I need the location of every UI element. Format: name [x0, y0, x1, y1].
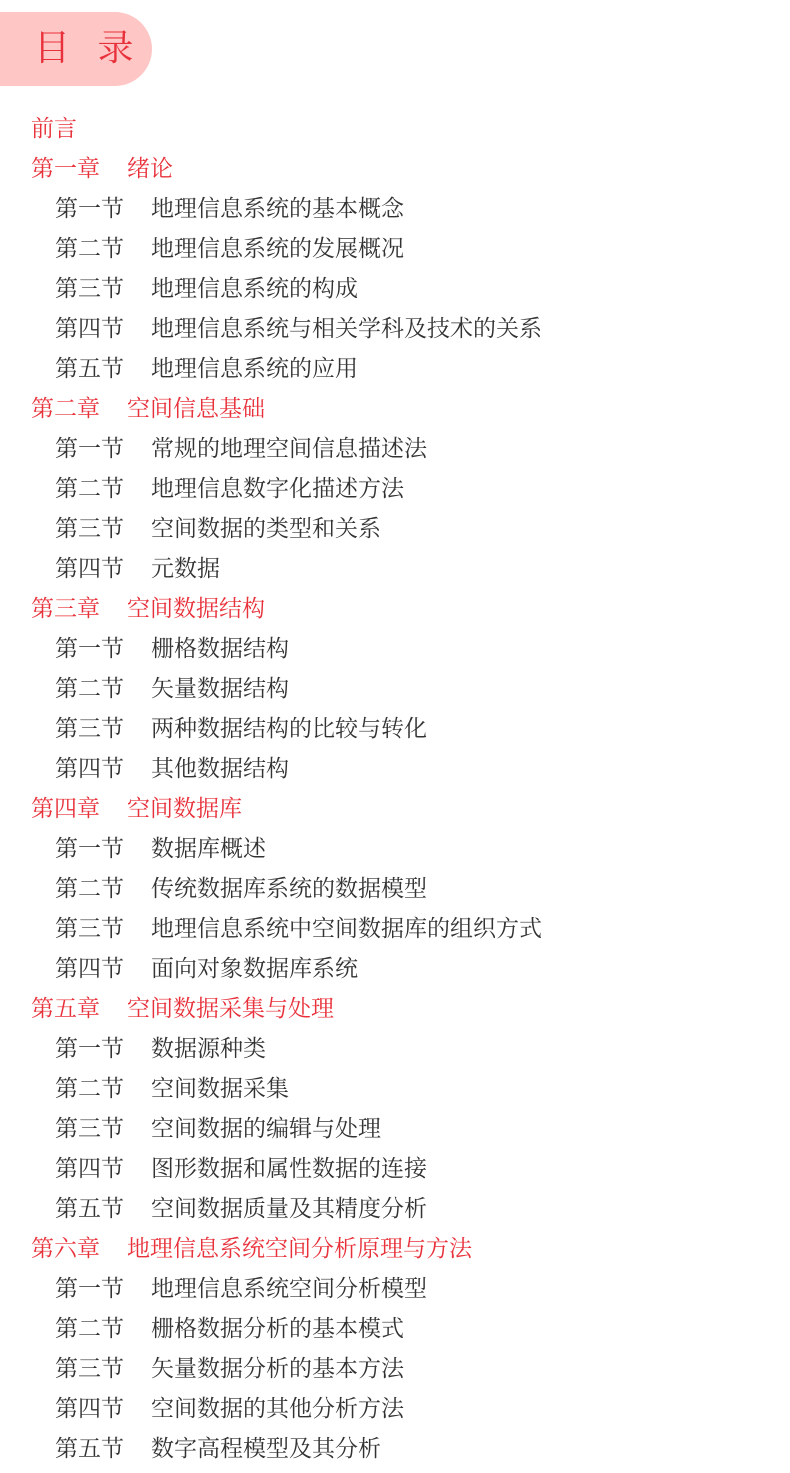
toc-section[interactable]: 第四节图形数据和属性数据的连接: [0, 1149, 790, 1189]
toc-section[interactable]: 第二节空间数据采集: [0, 1069, 790, 1109]
chapter-number: 第三章: [31, 589, 127, 629]
section-number: 第五节: [55, 1429, 151, 1469]
section-number: 第一节: [55, 429, 151, 469]
toc-section[interactable]: 第二节栅格数据分析的基本模式: [0, 1309, 790, 1349]
toc-section[interactable]: 第三节地理信息系统中空间数据库的组织方式: [0, 909, 790, 949]
toc-section[interactable]: 第五节数字高程模型及其分析: [0, 1429, 790, 1469]
toc-section[interactable]: 第四节元数据: [0, 549, 790, 589]
chapter-number: 第二章: [31, 389, 127, 429]
toc-section[interactable]: 第一节栅格数据结构: [0, 629, 790, 669]
toc-title: 目 录: [34, 12, 141, 86]
section-title: 地理信息系统的构成: [151, 269, 358, 309]
section-number: 第一节: [55, 629, 151, 669]
section-title: 地理信息数字化描述方法: [151, 469, 404, 509]
toc-chapter[interactable]: 第一章绪论: [0, 149, 790, 189]
section-number: 第一节: [55, 1269, 151, 1309]
section-number: 第二节: [55, 469, 151, 509]
toc-section[interactable]: 第二节地理信息系统的发展概况: [0, 229, 790, 269]
section-title: 图形数据和属性数据的连接: [151, 1149, 427, 1189]
section-title: 地理信息系统中空间数据库的组织方式: [151, 909, 542, 949]
toc-chapter[interactable]: 第六章地理信息系统空间分析原理与方法: [0, 1229, 790, 1269]
toc-chapter[interactable]: 第四章空间数据库: [0, 789, 790, 829]
toc-preface[interactable]: 前言: [0, 109, 790, 149]
toc-section[interactable]: 第一节常规的地理空间信息描述法: [0, 429, 790, 469]
chapter-title: 空间数据采集与处理: [127, 989, 334, 1029]
section-number: 第三节: [55, 909, 151, 949]
section-number: 第五节: [55, 349, 151, 389]
toc-section[interactable]: 第三节地理信息系统的构成: [0, 269, 790, 309]
toc-section[interactable]: 第一节地理信息系统的基本概念: [0, 189, 790, 229]
toc-list: 前言 第一章绪论第一节地理信息系统的基本概念第二节地理信息系统的发展概况第三节地…: [0, 109, 790, 1469]
section-title: 矢量数据分析的基本方法: [151, 1349, 404, 1389]
chapter-number: 第一章: [31, 149, 127, 189]
section-title: 地理信息系统空间分析模型: [151, 1269, 427, 1309]
section-number: 第二节: [55, 1309, 151, 1349]
toc-section[interactable]: 第一节地理信息系统空间分析模型: [0, 1269, 790, 1309]
toc-section[interactable]: 第三节空间数据的编辑与处理: [0, 1109, 790, 1149]
toc-chapter[interactable]: 第五章空间数据采集与处理: [0, 989, 790, 1029]
toc-section[interactable]: 第二节地理信息数字化描述方法: [0, 469, 790, 509]
chapter-title: 空间数据库: [127, 789, 242, 829]
section-title: 传统数据库系统的数据模型: [151, 869, 427, 909]
section-title: 地理信息系统与相关学科及技术的关系: [151, 309, 542, 349]
section-number: 第四节: [55, 1389, 151, 1429]
section-title: 面向对象数据库系统: [151, 949, 358, 989]
toc-section[interactable]: 第三节两种数据结构的比较与转化: [0, 709, 790, 749]
toc-section[interactable]: 第四节空间数据的其他分析方法: [0, 1389, 790, 1429]
section-number: 第一节: [55, 1029, 151, 1069]
section-number: 第二节: [55, 1069, 151, 1109]
section-number: 第三节: [55, 269, 151, 309]
section-title: 地理信息系统的基本概念: [151, 189, 404, 229]
chapter-title: 绪论: [127, 149, 173, 189]
chapter-number: 第四章: [31, 789, 127, 829]
section-number: 第四节: [55, 549, 151, 589]
toc-section[interactable]: 第三节矢量数据分析的基本方法: [0, 1349, 790, 1389]
chapter-number: 第六章: [31, 1229, 127, 1269]
section-title: 空间数据的类型和关系: [151, 509, 381, 549]
toc-section[interactable]: 第五节地理信息系统的应用: [0, 349, 790, 389]
section-number: 第三节: [55, 509, 151, 549]
preface-label: 前言: [31, 109, 77, 149]
section-number: 第四节: [55, 949, 151, 989]
section-title: 空间数据质量及其精度分析: [151, 1189, 427, 1229]
section-number: 第三节: [55, 1109, 151, 1149]
chapter-number: 第五章: [31, 989, 127, 1029]
section-number: 第四节: [55, 1149, 151, 1189]
section-number: 第三节: [55, 1349, 151, 1389]
section-title: 其他数据结构: [151, 749, 289, 789]
section-title: 空间数据采集: [151, 1069, 289, 1109]
section-number: 第二节: [55, 869, 151, 909]
section-title: 矢量数据结构: [151, 669, 289, 709]
toc-section[interactable]: 第一节数据库概述: [0, 829, 790, 869]
section-number: 第二节: [55, 229, 151, 269]
section-title: 栅格数据分析的基本模式: [151, 1309, 404, 1349]
section-number: 第五节: [55, 1189, 151, 1229]
section-title: 数据源种类: [151, 1029, 266, 1069]
section-title: 数据库概述: [151, 829, 266, 869]
chapter-title: 空间信息基础: [127, 389, 265, 429]
toc-section[interactable]: 第四节面向对象数据库系统: [0, 949, 790, 989]
section-number: 第二节: [55, 669, 151, 709]
section-number: 第四节: [55, 309, 151, 349]
section-number: 第一节: [55, 189, 151, 229]
toc-section[interactable]: 第四节地理信息系统与相关学科及技术的关系: [0, 309, 790, 349]
section-title: 常规的地理空间信息描述法: [151, 429, 427, 469]
toc-section[interactable]: 第四节其他数据结构: [0, 749, 790, 789]
toc-chapter[interactable]: 第二章空间信息基础: [0, 389, 790, 429]
section-title: 空间数据的其他分析方法: [151, 1389, 404, 1429]
section-title: 元数据: [151, 549, 220, 589]
section-number: 第一节: [55, 829, 151, 869]
section-number: 第四节: [55, 749, 151, 789]
section-title: 两种数据结构的比较与转化: [151, 709, 427, 749]
section-title: 栅格数据结构: [151, 629, 289, 669]
chapter-title: 空间数据结构: [127, 589, 265, 629]
toc-section[interactable]: 第一节数据源种类: [0, 1029, 790, 1069]
section-title: 空间数据的编辑与处理: [151, 1109, 381, 1149]
chapter-title: 地理信息系统空间分析原理与方法: [127, 1229, 472, 1269]
section-number: 第三节: [55, 709, 151, 749]
section-title: 数字高程模型及其分析: [151, 1429, 381, 1469]
toc-section[interactable]: 第三节空间数据的类型和关系: [0, 509, 790, 549]
toc-chapter[interactable]: 第三章空间数据结构: [0, 589, 790, 629]
section-title: 地理信息系统的应用: [151, 349, 358, 389]
toc-section[interactable]: 第五节空间数据质量及其精度分析: [0, 1189, 790, 1229]
toc-section[interactable]: 第二节传统数据库系统的数据模型: [0, 869, 790, 909]
section-title: 地理信息系统的发展概况: [151, 229, 404, 269]
toc-section[interactable]: 第二节矢量数据结构: [0, 669, 790, 709]
